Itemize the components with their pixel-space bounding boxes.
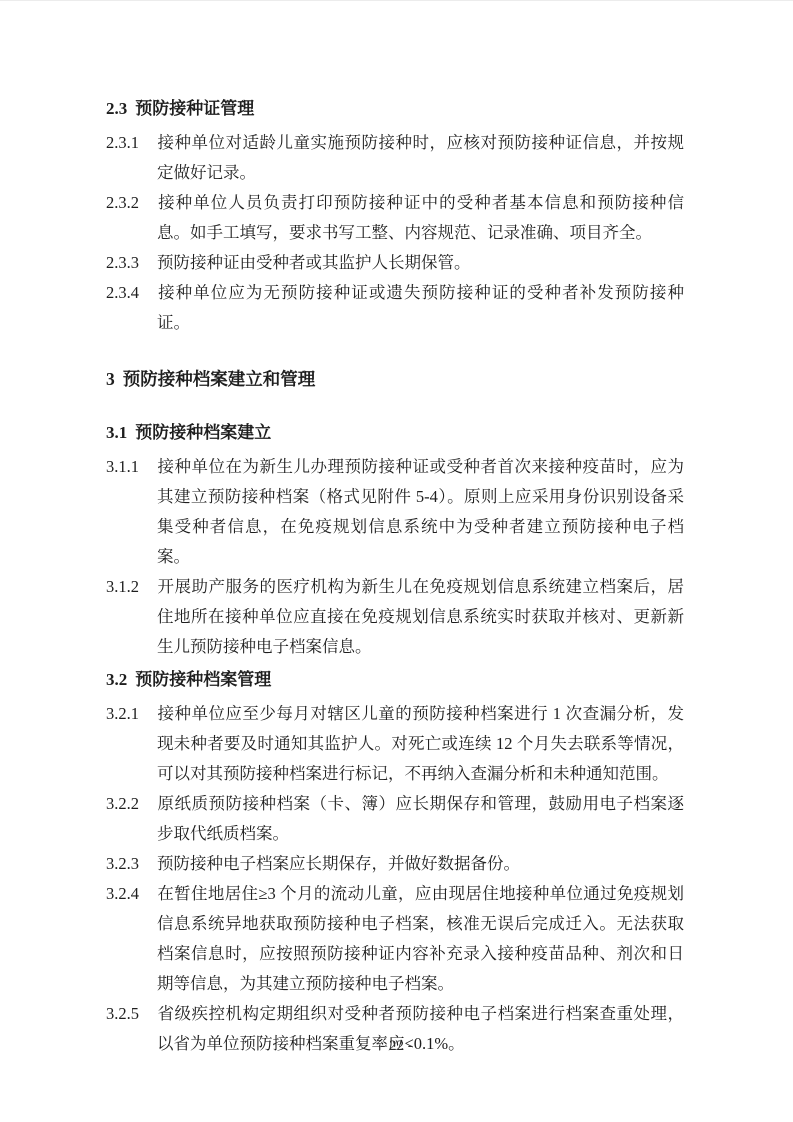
section-number: 3.2.3 [106,849,157,879]
section-number: 3.2.5 [106,999,157,1029]
section-number: 3.1.1 [106,452,157,482]
item-text: 预防接种电子档案应长期保存，并做好数据备份。 [157,854,520,873]
item-3-2-4: 3.2.4在暂住地居住≥3 个月的流动儿童，应由现居住地接种单位通过免疫规划信息… [106,879,684,999]
item-2-3-2: 2.3.2接种单位人员负责打印预防接种证中的受种者基本信息和预防接种信息。如手工… [106,188,684,248]
section-number: 2.3.3 [106,248,157,278]
section-number: 3.2.1 [106,699,157,729]
item-3-2-3: 3.2.3预防接种电子档案应长期保存，并做好数据备份。 [106,849,684,879]
section-number: 3.2.2 [106,789,157,819]
item-2-3-1: 2.3.1接种单位对适龄儿童实施预防接种时，应核对预防接种证信息，并按规定做好记… [106,128,684,188]
section-title: 预防接种档案管理 [135,670,271,689]
section-number: 2.3.1 [106,128,157,158]
section-number: 3.1.2 [106,572,157,602]
document-page: 2.3预防接种证管理2.3.1接种单位对适龄儿童实施预防接种时，应核对预防接种证… [0,0,793,1122]
item-2-3-3: 2.3.3预防接种证由受种者或其监护人长期保管。 [106,248,684,278]
heading-2-3: 2.3预防接种证管理 [106,94,684,124]
item-text: 开展助产服务的医疗机构为新生儿在免疫规划信息系统建立档案后，居住地所在接种单位应… [157,577,684,656]
item-3-2-1: 3.2.1接种单位应至少每月对辖区儿童的预防接种档案进行 1 次查漏分析，发现未… [106,699,684,789]
document-body: 2.3预防接种证管理2.3.1接种单位对适龄儿童实施预防接种时，应核对预防接种证… [106,1,684,1059]
item-text: 在暂住地居住≥3 个月的流动儿童，应由现居住地接种单位通过免疫规划信息系统异地获… [157,884,684,993]
section-number: 3 [106,369,115,389]
item-text: 接种单位应为无预防接种证或遗失预防接种证的受种者补发预防接种证。 [157,283,684,332]
item-text: 接种单位对适龄儿童实施预防接种时，应核对预防接种证信息，并按规定做好记录。 [157,133,684,182]
item-3-2-2: 3.2.2原纸质预防接种档案（卡、簿）应长期保存和管理，鼓励用电子档案逐步取代纸… [106,789,684,849]
section-title: 预防接种档案建立和管理 [123,369,316,389]
heading-3-2: 3.2预防接种档案管理 [106,665,684,695]
item-3-1-2: 3.1.2开展助产服务的医疗机构为新生儿在免疫规划信息系统建立档案后，居住地所在… [106,572,684,662]
item-text: 接种单位在为新生儿办理预防接种证或受种者首次来接种疫苗时，应为其建立预防接种档案… [157,457,684,566]
item-text: 接种单位应至少每月对辖区儿童的预防接种档案进行 1 次查漏分析，发现未种者要及时… [157,704,684,783]
section-number: 3.2.4 [106,879,157,909]
item-text: 接种单位人员负责打印预防接种证中的受种者基本信息和预防接种信息。如手工填写，要求… [157,193,684,242]
page-number: - 22 - [0,1036,793,1056]
section-number: 2.3 [106,99,127,118]
section-number: 2.3.2 [106,188,157,218]
section-number: 3.1 [106,423,127,442]
section-number: 3.2 [106,670,127,689]
section-number: 2.3.4 [106,278,157,308]
section-title: 预防接种证管理 [135,99,254,118]
item-text: 原纸质预防接种档案（卡、簿）应长期保存和管理，鼓励用电子档案逐步取代纸质档案。 [157,794,684,843]
item-2-3-4: 2.3.4接种单位应为无预防接种证或遗失预防接种证的受种者补发预防接种证。 [106,278,684,338]
item-3-1-1: 3.1.1接种单位在为新生儿办理预防接种证或受种者首次来接种疫苗时，应为其建立预… [106,452,684,572]
section-title: 预防接种档案建立 [135,423,271,442]
item-text: 预防接种证由受种者或其监护人长期保管。 [157,253,471,272]
heading-3-1: 3.1预防接种档案建立 [106,418,684,448]
heading-3: 3预防接种档案建立和管理 [106,364,684,394]
